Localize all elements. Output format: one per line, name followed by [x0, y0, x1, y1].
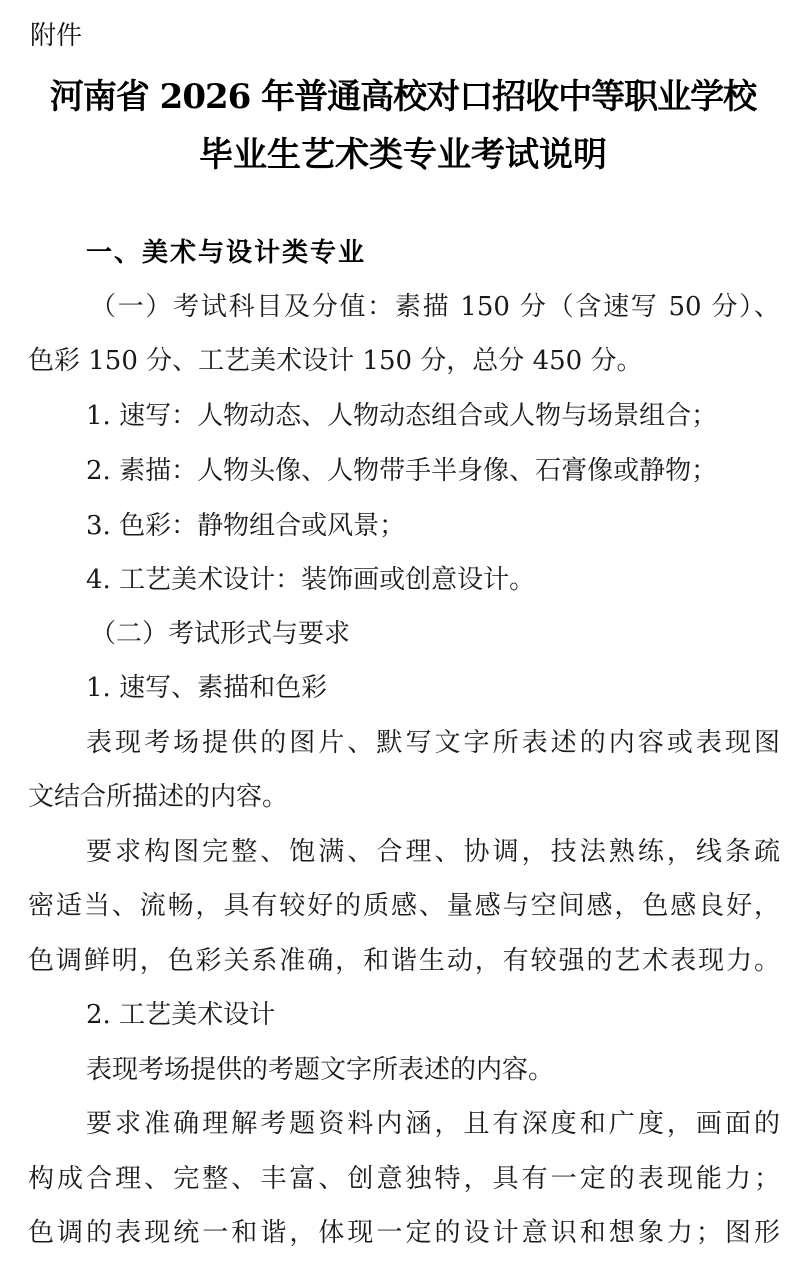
document-title-line-1: 河南省 2026 年普通高校对口招收中等职业学校 [0, 75, 806, 119]
list-item: 1. 速写：人物动态、人物动态组合或人物与场景组合； [86, 399, 780, 433]
list-item: 2. 素描：人物头像、人物带手半身像、石膏像或静物； [86, 454, 780, 488]
subsection-heading-format: （二）考试形式与要求 [90, 617, 806, 651]
paragraph-line: 密适当、流畅，具有较好的质感、量感与空间感，色感良好， [28, 889, 780, 923]
paragraph-line: 表现考场提供的图片、默写文字所表述的内容或表现图 [86, 726, 780, 760]
subsection-heading-scores-cont: 色彩 150 分、工艺美术设计 150 分，总分 450 分。 [28, 344, 780, 378]
list-item: 4. 工艺美术设计：装饰画或创意设计。 [86, 563, 780, 597]
section-heading: 一、美术与设计类专业 [86, 236, 780, 270]
paragraph-line: 要求准确理解考题资料内涵，且有深度和广度，画面的 [86, 1107, 780, 1141]
paragraph-line: 构成合理、完整、丰富、创意独特，具有一定的表现能力； [28, 1162, 780, 1196]
list-item: 3. 色彩：静物组合或风景； [86, 509, 780, 543]
paragraph-line: 色调鲜明，色彩关系准确，和谐生动，有较强的艺术表现力。 [28, 944, 780, 978]
document-title-line-2: 毕业生艺术类专业考试说明 [0, 133, 806, 177]
attachment-label: 附件 [30, 20, 82, 52]
part-title: 2. 工艺美术设计 [86, 998, 780, 1032]
paragraph-line: 要求构图完整、饱满、合理、协调，技法熟练，线条疏 [86, 835, 780, 869]
document-page: 附件 河南省 2026 年普通高校对口招收中等职业学校 毕业生艺术类专业考试说明… [0, 0, 806, 1267]
subsection-heading-scores: （一）考试科目及分值：素描 150 分（含速写 50 分）、 [90, 290, 780, 324]
part-title: 1. 速写、素描和色彩 [86, 671, 780, 705]
paragraph-line: 色调的表现统一和谐，体现一定的设计意识和想象力；图形 [28, 1216, 780, 1250]
paragraph-line: 文结合所描述的内容。 [28, 780, 780, 814]
paragraph-line: 表现考场提供的考题文字所表述的内容。 [86, 1053, 780, 1087]
